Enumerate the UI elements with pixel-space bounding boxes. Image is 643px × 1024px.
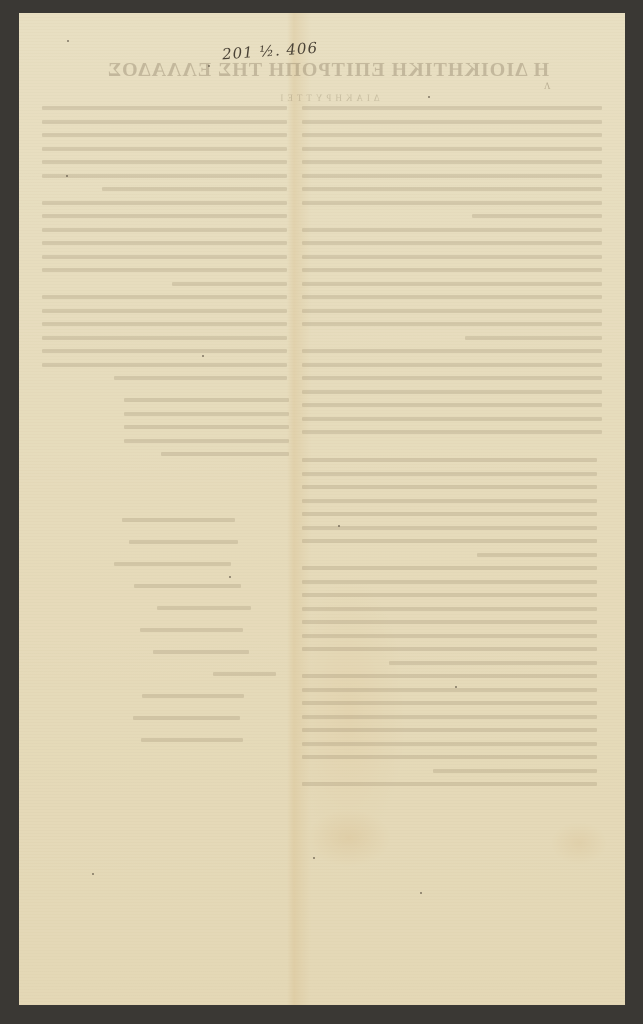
bleed-signature-list <box>89 513 279 773</box>
ink-spot <box>202 355 204 357</box>
ink-spot <box>428 96 430 98</box>
ink-spot <box>229 576 231 578</box>
ink-spot <box>313 857 315 859</box>
ink-spot <box>67 40 69 42</box>
corner-mark: Λ <box>544 81 551 91</box>
ink-spot <box>92 873 94 875</box>
ink-spot <box>455 686 457 688</box>
bleed-text-left-mid <box>119 393 289 473</box>
ink-spot <box>338 525 340 527</box>
bleed-text-right-upper <box>297 101 602 441</box>
ink-spot <box>208 65 210 67</box>
bleed-text-right-lower <box>297 453 597 793</box>
ink-spot <box>420 892 422 894</box>
document-page: 201 ½. 406 Η ΔΙΟΙΚΗΤΙΚΗ ΕΠΙΤΡΟΠΗ ΤΗΣ ΕΛΛ… <box>19 13 625 1005</box>
ink-spot <box>66 175 68 177</box>
bleed-through-title: Η ΔΙΟΙΚΗΤΙΚΗ ΕΠΙΤΡΟΠΗ ΤΗΣ ΕΛΛΑΔΟΣ <box>93 59 563 82</box>
bleed-text-left-upper <box>37 101 287 391</box>
